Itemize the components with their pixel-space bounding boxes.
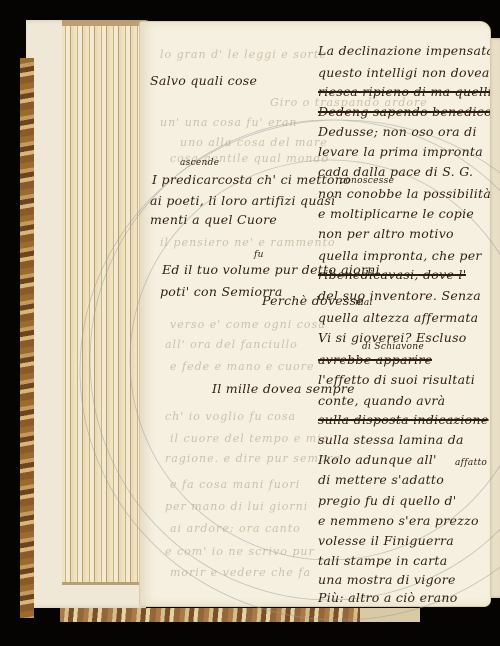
marginal-note: ai poeti, li loro artifizi quasi <box>150 193 335 208</box>
manuscript-line: quella altezza affermata <box>318 310 478 325</box>
manuscript-line: tali stampe in carta <box>318 553 448 568</box>
manuscript-line: Dedusse; non oso ora di <box>318 124 477 139</box>
manuscript-line: non per altro motivo <box>318 226 454 241</box>
marbled-cover-left <box>20 58 34 618</box>
manuscript-line: e moltiplicarne le copie <box>318 206 474 221</box>
manuscript-line: di Schiavone <box>362 342 424 352</box>
manuscript-line: pregio fu di quello d' <box>318 493 456 508</box>
manuscript-line: quella impronta, che per <box>318 248 482 263</box>
bleed-through-line: e com' io ne scrivo pur <box>165 545 315 558</box>
manuscript-line: conoscesse <box>340 176 394 186</box>
manuscript-line: del suo inventore. Senza <box>318 288 481 303</box>
manuscript-line: Ikolo adunque all' <box>318 452 437 467</box>
manuscript-line: levare la prima impronta <box>318 144 483 159</box>
manuscript-line: La declinazione impensata <box>318 43 490 58</box>
marbled-cover-bottom <box>60 608 360 622</box>
manuscript-line: Dedeng sapendo benedico <box>318 104 490 119</box>
bleed-through-line: ai ardore: ora canto <box>170 522 301 535</box>
bleed-through-line: verso e' come ogni cosa <box>170 318 326 331</box>
manuscript-line: sulla stessa lamina da <box>318 432 464 447</box>
manuscript-line: Più: altro a ciò erano <box>318 590 458 605</box>
manuscript-line: conte, quando avrà <box>318 393 445 408</box>
manuscript-line: affatto <box>455 458 487 468</box>
manuscript-line: sulla disposta indicazione <box>318 412 489 427</box>
manuscript-line: di mettere s'adatto <box>318 472 444 487</box>
bleed-through-line: e fa cosa mani fuori <box>170 478 300 491</box>
bleed-through-line: e fede e mano e cuore <box>170 360 314 373</box>
bleed-through-line: morir e vedere che fa <box>170 566 311 579</box>
bleed-through-line: uno alla cosa del mare <box>180 136 328 149</box>
bleed-through-line: il pensiero ne' e rammento <box>160 236 336 249</box>
manuscript-line: e nemmeno s'era prezzo <box>318 513 479 528</box>
bleed-through-line: per mano di lui giorni <box>165 500 308 513</box>
bleed-through-line: all' ora del fanciullo <box>165 338 298 351</box>
fanned-page-edges <box>62 26 148 585</box>
manuscript-line: questo intelligi non dovea quello <box>318 65 490 80</box>
manuscript-line: volesse il Finiguerra <box>318 533 454 548</box>
marginal-note: menti a quel Cuore <box>150 212 277 227</box>
marginal-note: fu <box>254 250 264 260</box>
manuscript-line: ribenedicavasi, dove l' <box>318 267 466 282</box>
manuscript-line: mai <box>355 298 373 308</box>
bleed-through-line: un' una cosa fu' eran <box>160 116 297 129</box>
manuscript-line: l'effetto di suoi risultati <box>318 372 475 387</box>
bleed-through-line: ch' io voglio fu cosa <box>165 410 296 423</box>
manuscript-line: avrebbe apparire <box>318 352 432 367</box>
bleed-through-line: lo gran d' le leggi e sorte <box>160 48 327 61</box>
manuscript-line: non conobbe la possibilità <box>318 186 490 201</box>
marginal-note: Salvo quali cose <box>150 73 257 88</box>
bleed-through-line: il cuore del tempo e mio <box>170 432 329 445</box>
manuscript-line: una mostra di vigore <box>318 572 456 587</box>
marginal-note: ascende <box>180 158 219 168</box>
cover-bottom-end <box>360 608 420 622</box>
bleed-through-line: ragione. e dire pur sempre <box>165 452 341 465</box>
manuscript-line: riesca ripieno di ma quelli di ragione <box>318 84 490 99</box>
